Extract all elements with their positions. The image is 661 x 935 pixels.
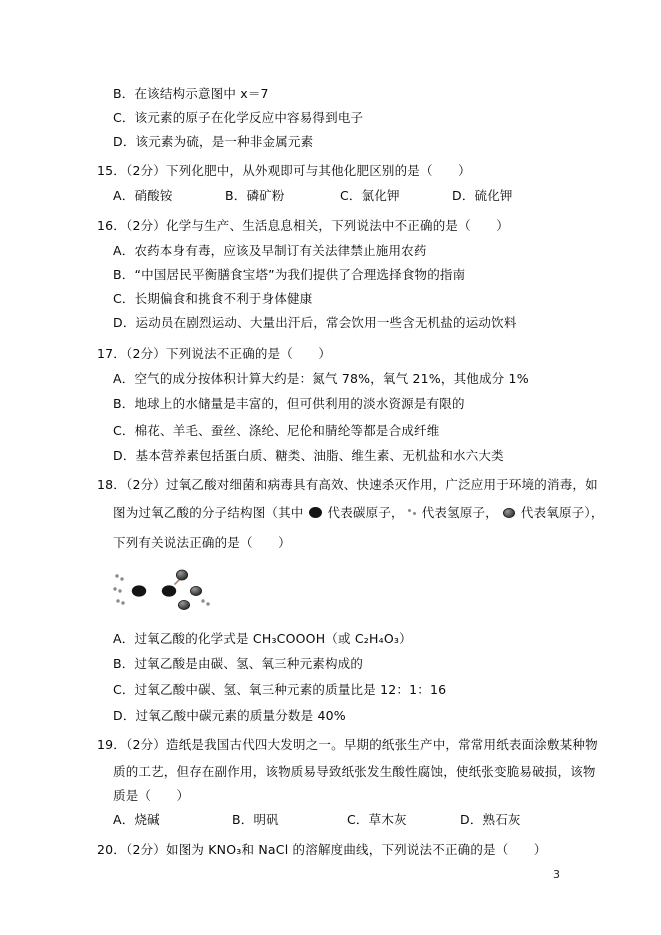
q15-option-c: C．氯化钾: [340, 188, 400, 204]
q15-option-b: B．磷矿粉: [225, 188, 285, 204]
q16-stem: 16．（2分）化学与生产、生活息息相关，下列说法中不正确的是（ ）: [97, 218, 509, 234]
q19-option-a: A．烧碱: [113, 812, 160, 828]
q18-stem-line1: 18．（2分）过氧乙酸对细菌和病毒具有高效、快速杀灭作用，广泛应用于环境的消毒，…: [97, 477, 598, 493]
q19-stem-line3: 质是（ ）: [113, 788, 189, 804]
oxygen-atom-icon: [503, 508, 515, 518]
exam-document-page: B．在该结构示意图中 x＝7 C．该元素的原子在化学反应中容易得到电子 D．该元…: [0, 0, 661, 935]
bond-line: [175, 580, 180, 585]
page-number: 3: [553, 868, 560, 881]
q18-stem-line2: 图为过氧乙酸的分子结构图（其中代表碳原子，代表氢原子，代表氧原子），: [113, 505, 604, 521]
q19-option-c: C．草木灰: [347, 812, 407, 828]
q16-option-b: B．“中国居民平衡膳食宝塔”为我们提供了合理选择食物的指南: [113, 267, 465, 283]
q18-option-d: D．过氧乙酸中碳元素的质量分数是 40%: [113, 708, 346, 724]
q18-option-c: C．过氧乙酸中碳、氢、氧三种元素的质量比是 12：1：16: [113, 682, 446, 698]
q14-option-c: C．该元素的原子在化学反应中容易得到电子: [113, 110, 363, 126]
q19-stem-line2: 质的工艺，但存在副作用，该物质易导致纸张发生酸性腐蚀，使纸张变脆易破损，该物: [113, 764, 596, 780]
q14-option-b: B．在该结构示意图中 x＝7: [113, 86, 269, 102]
hydrogen-atom-icon: [113, 574, 124, 604]
q15-option-d: D．硫化钾: [452, 188, 513, 204]
oxygen-atom-icon: [190, 586, 201, 595]
q17-option-c: C．棉花、羊毛、蚕丝、涤纶、尼伦和腈纶等都是合成纤维: [113, 423, 439, 439]
carbon-atom-icon: [162, 585, 176, 596]
q19-option-d: D．熟石灰: [460, 812, 521, 828]
q18-option-b: B．过氧乙酸是由碳、氢、氧三种元素构成的: [113, 656, 363, 672]
q20-stem: 20．（2分）如图为 KNO₃和 NaCl 的溶解度曲线，下列说法不正确的是（ …: [97, 842, 547, 858]
q18-stem-line3: 下列有关说法正确的是（ ）: [113, 535, 291, 551]
hydrogen-atom-icon: [201, 599, 209, 605]
q19-stem-line1: 19．（2分）造纸是我国古代四大发明之一。早期的纸张生产中，常常用纸表面涂敷某种…: [97, 737, 598, 753]
peroxyacetic-acid-molecule-diagram: [106, 564, 236, 618]
q18-stem-line2-text4: 代表氧原子），: [521, 505, 604, 520]
q15-option-a: A．硝酸铵: [113, 188, 173, 204]
q17-option-a: A．空气的成分按体积计算大约是：氮气 78%，氧气 21%，其他成分 1%: [113, 371, 529, 387]
q18-stem-line2-text3: 代表氢原子，: [422, 505, 498, 520]
oxygen-atom-icon: [178, 600, 189, 609]
q14-option-d: D．该元素为硫，是一种非金属元素: [113, 134, 313, 150]
q18-stem-line2-text1: 图为过氧乙酸的分子结构图（其中: [113, 505, 304, 520]
hydrogen-atom-icon: [407, 508, 418, 518]
carbon-atom-icon: [132, 585, 146, 596]
q16-option-c: C．长期偏食和挑食不利于身体健康: [113, 291, 312, 307]
q15-stem: 15．（2分）下列化肥中，从外观即可与其他化肥区别的是（ ）: [97, 163, 471, 179]
q16-option-a: A．农药本身有毒，应该及早制订有关法律禁止施用农药: [113, 243, 427, 259]
q18-option-a: A．过氧乙酸的化学式是 CH₃COOOH（或 C₂H₄O₃）: [113, 631, 412, 647]
q17-option-b: B．地球上的水储量是丰富的，但可供利用的淡水资源是有限的: [113, 396, 465, 412]
q17-option-d: D．基本营养素包括蛋白质、糖类、油脂、维生素、无机盐和水六大类: [113, 448, 504, 464]
carbon-atom-icon: [309, 507, 322, 518]
oxygen-atom-icon: [176, 570, 187, 580]
q19-option-b: B．明矾: [232, 812, 279, 828]
q17-stem: 17．（2分）下列说法不正确的是（ ）: [97, 346, 331, 362]
q18-stem-line2-text2: 代表碳原子，: [328, 505, 404, 520]
q16-option-d: D．运动员在剧烈运动、大量出汗后，常会饮用一些含无机盐的运动饮料: [113, 315, 517, 331]
